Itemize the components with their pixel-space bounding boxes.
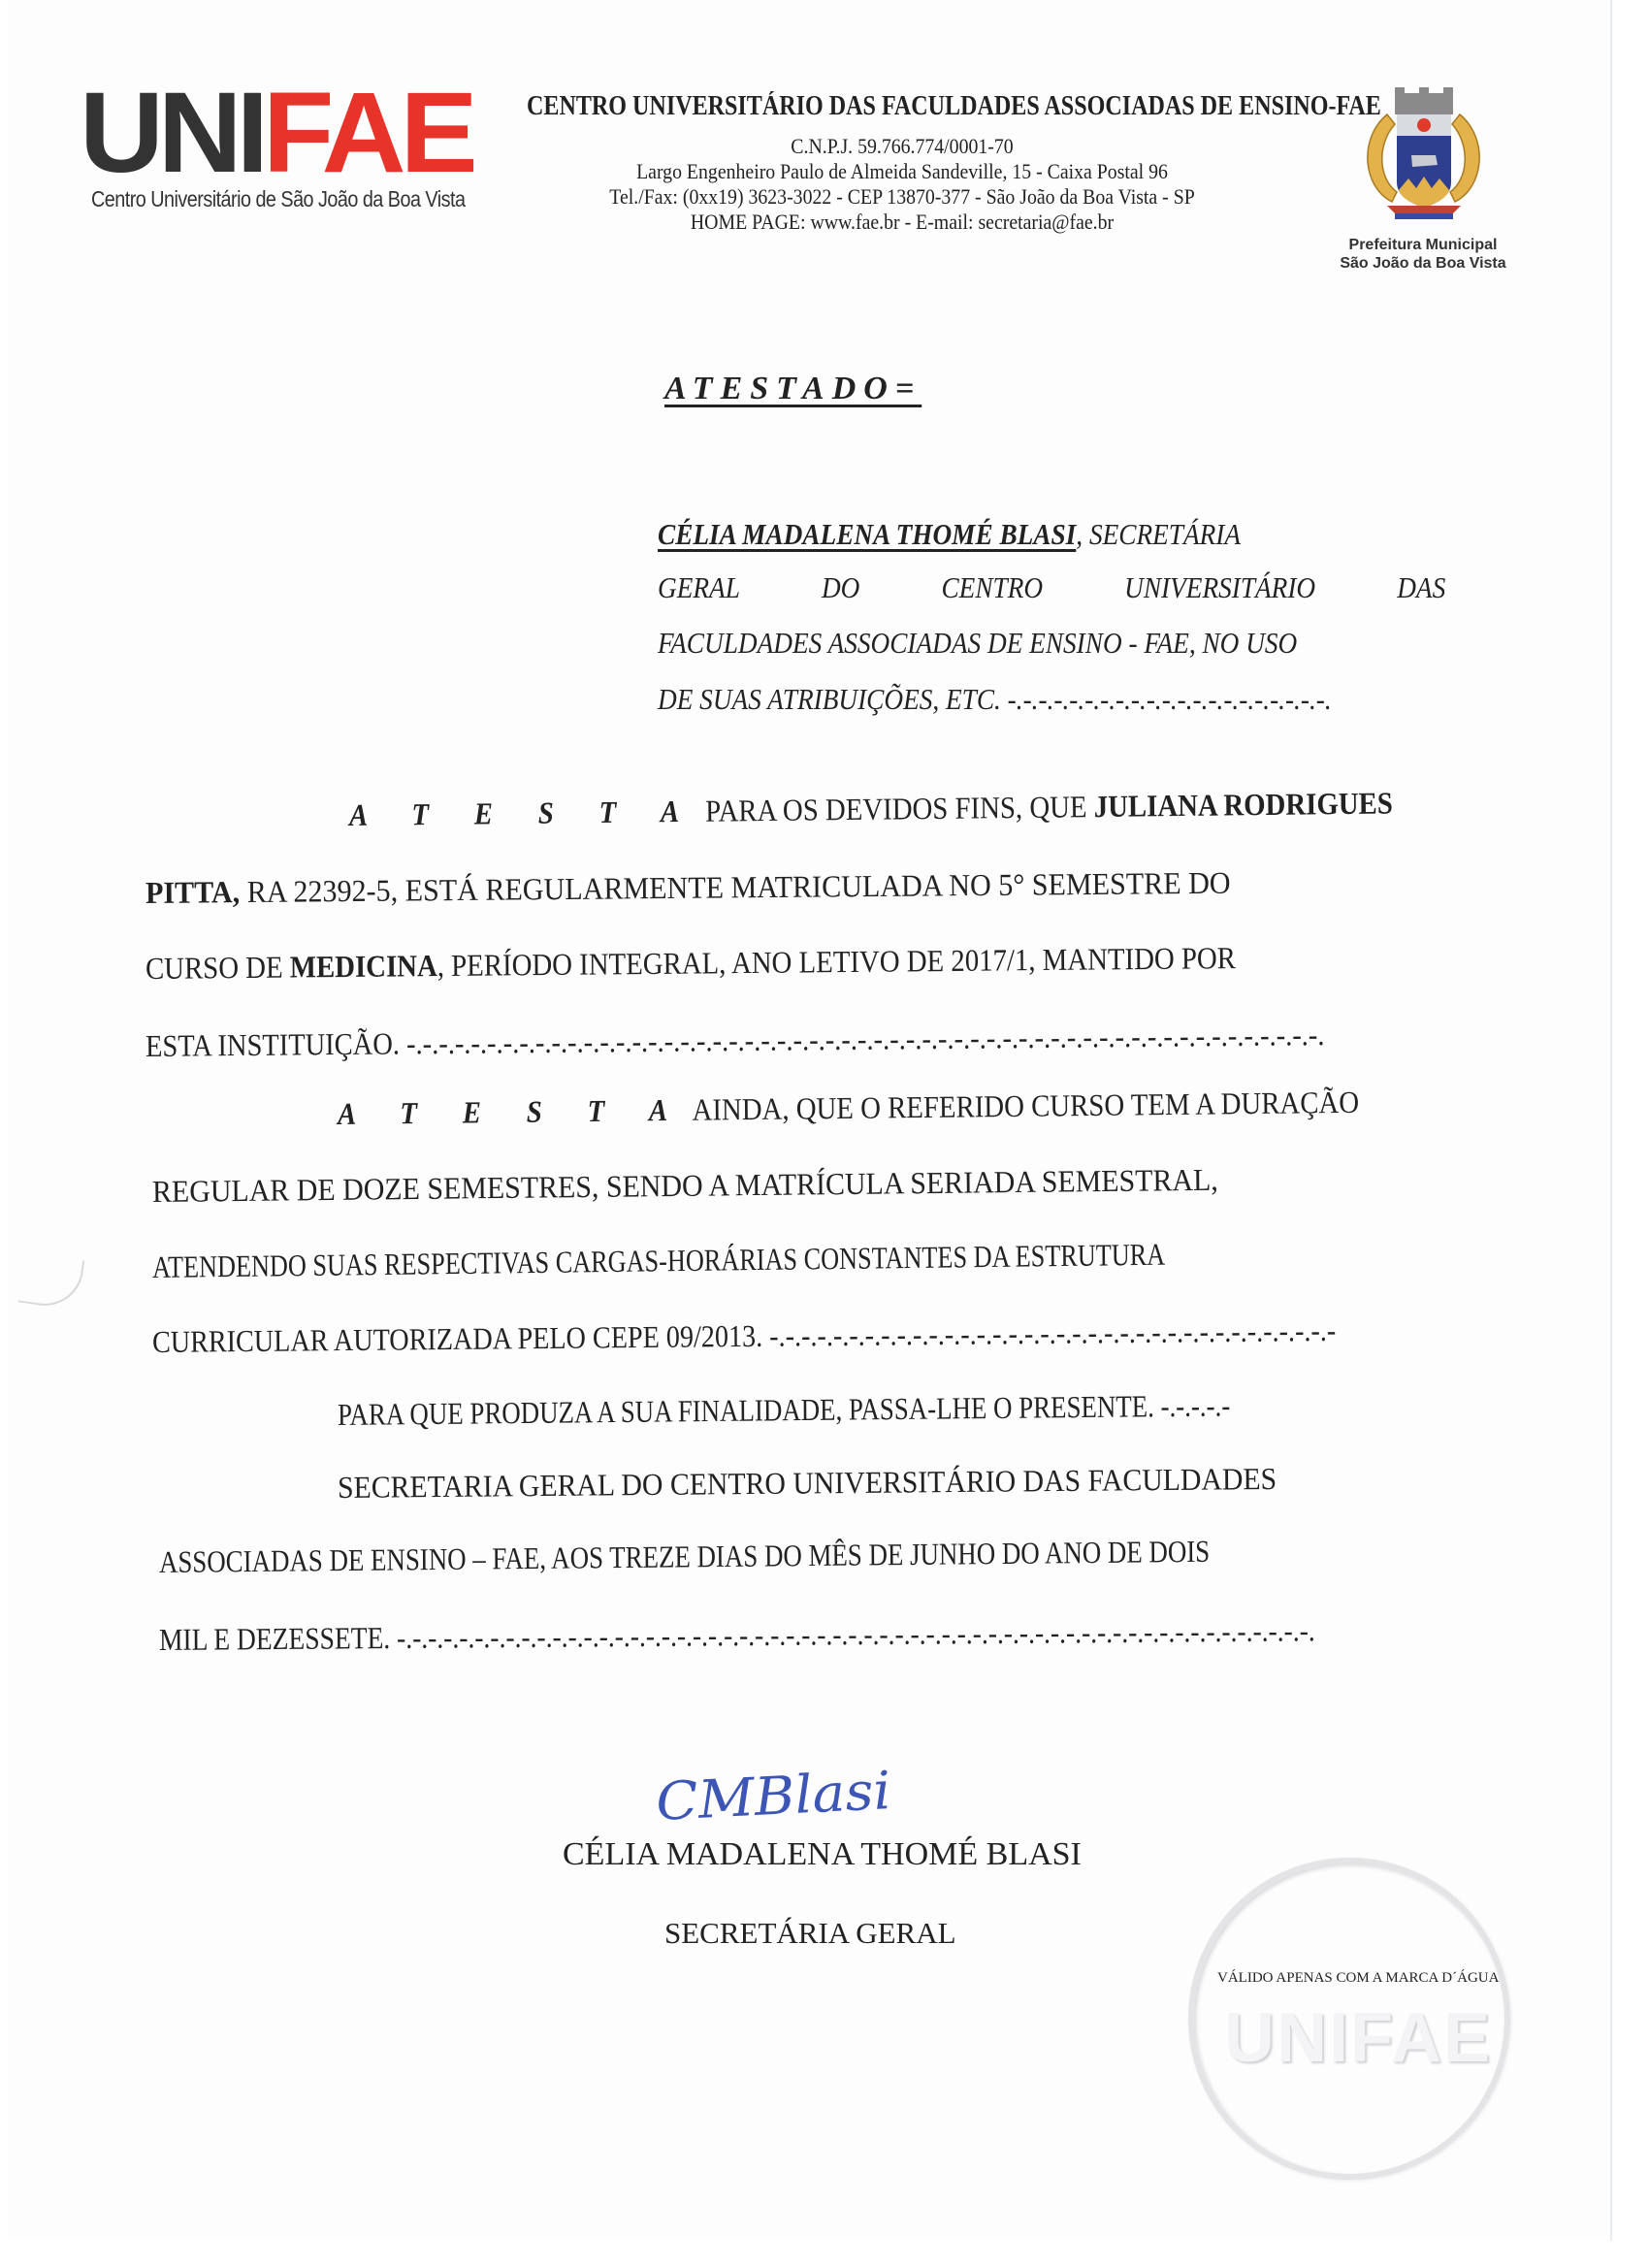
crest-caption-1: Prefeitura Municipal [1321, 237, 1525, 254]
handwritten-signature: CMBlasi [655, 1760, 892, 1832]
p1-text: CURSO DE [145, 950, 290, 986]
word: DAS [1397, 570, 1445, 605]
p2-text: AINDA, QUE O REFERIDO CURSO TEM A DURAÇÃ… [687, 1085, 1359, 1127]
p1-text: PARA OS DEVIDOS FINS, QUE [698, 789, 1094, 828]
course-name: MEDICINA [290, 948, 437, 984]
signatory-name: CÉLIA MADALENA THOMÉ BLASI [563, 1836, 1082, 1873]
secretary-name: CÉLIA MADALENA THOMÉ BLASI [658, 517, 1076, 551]
address: Largo Engenheiro Paulo de Almeida Sandev… [509, 159, 1295, 184]
word: GERAL [658, 570, 740, 605]
cnpj: C.N.P.J. 59.766.774/0001-70 [509, 134, 1295, 159]
atesta-lead: A T E S T A [338, 1092, 687, 1131]
atesta-lead: A T E S T A [349, 794, 698, 832]
logo-subtitle: Centro Universitário de São João da Boa … [91, 186, 465, 212]
preamble-line-1: CÉLIA MADALENA THOMÉ BLASI, SECRETÁRIA [658, 517, 1241, 552]
student-surname: PITTA, [145, 874, 241, 910]
word: DO [822, 570, 859, 605]
preamble-role: , SECRETÁRIA [1076, 517, 1241, 551]
contact: Tel./Fax: (0xx19) 3623-3022 - CEP 13870-… [509, 184, 1295, 210]
unifae-logo: UNIFAE [80, 76, 472, 190]
logo-uni: UNI [80, 69, 263, 197]
watermark-notice: VÁLIDO APENAS COM A MARCA D´ÁGUA [1217, 1970, 1499, 1987]
crest-caption-2: São João da Boa Vista [1321, 255, 1525, 273]
preamble-line-3: FACULDADES ASSOCIADAS DE ENSINO - FAE, N… [658, 626, 1297, 661]
document-title: ATESTADO= [664, 371, 921, 407]
seal-logo: UNIFAE [1224, 1998, 1492, 2078]
signatory-role: SECRETÁRIA GERAL [664, 1916, 956, 1951]
web-contact: HOME PAGE: www.fae.br - E-mail: secretar… [509, 210, 1295, 235]
municipal-coat-of-arms-icon [1358, 85, 1489, 231]
institution-title: CENTRO UNIVERSITÁRIO DAS FACULDADES ASSO… [527, 91, 1277, 122]
word: UNIVERSITÁRIO [1124, 570, 1315, 605]
student-name: JULIANA RODRIGUES [1094, 785, 1393, 824]
word: CENTRO [941, 570, 1043, 605]
logo-fae: FAE [263, 69, 472, 197]
preamble-line-4: DE SUAS ATRIBUIÇÕES, ETC. -.-.-.-.-.-.-.… [658, 682, 1332, 717]
preamble-line-2: GERAL DO CENTRO UNIVERSITÁRIO DAS [658, 570, 1445, 605]
p1-text: , PERÍODO INTEGRAL, ANO LETIVO DE 2017/1… [437, 940, 1236, 983]
